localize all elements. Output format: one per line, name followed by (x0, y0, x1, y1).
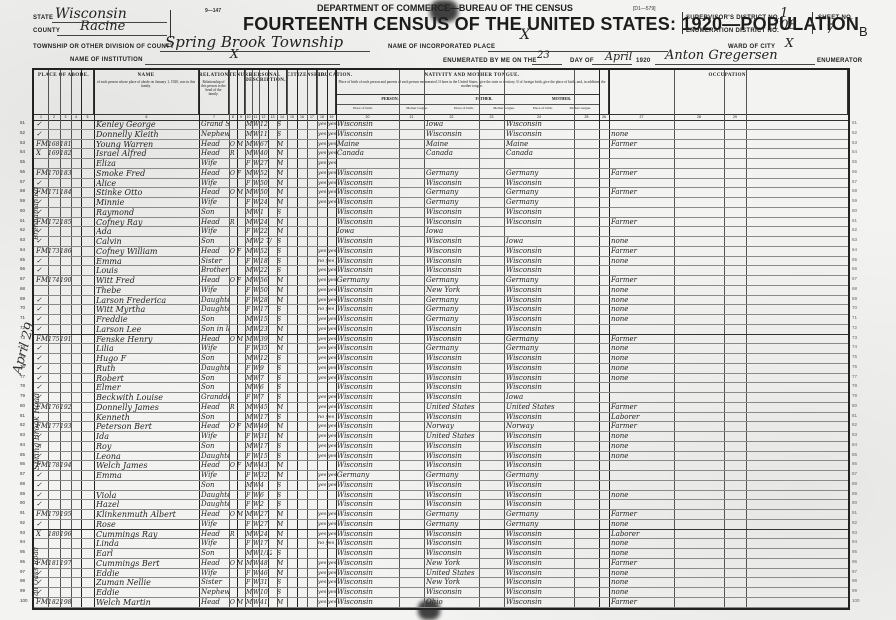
cell-sex: F (246, 296, 252, 306)
cell-mother-birth: Iowa (506, 393, 574, 403)
cell-marital: M (277, 461, 287, 471)
cell-street: ✓ (36, 471, 48, 481)
cell-dwelling (48, 315, 60, 325)
cell-name: Larson Lee (96, 325, 199, 335)
cell-father-birth: Ohio (426, 598, 479, 608)
cell-birth: Wisconsin (337, 335, 394, 345)
table-row: FM173186Cofney WilliamHeadO FMW52Syes ye… (34, 247, 848, 257)
line-number: 100 (20, 598, 28, 603)
cell-age: 1 (260, 208, 272, 218)
cell-edu: yes yes (318, 159, 336, 169)
cell-race: W (253, 296, 259, 306)
line-number-right: 93 (852, 530, 857, 535)
cell-father-birth: Wisconsin (426, 530, 479, 540)
cell-father-birth: Wisconsin (426, 354, 479, 364)
cell-mother-birth: Wisconsin (506, 305, 574, 315)
cell-mother-birth: Wisconsin (506, 257, 574, 267)
cell-age: 50 (260, 188, 272, 198)
cell-occupation (611, 393, 674, 403)
cell-edu: yes yes (318, 130, 336, 140)
cell-street: ✓ (36, 374, 48, 384)
table-row: ✓EddieNephewMW10Syes yes yesWisconsinWis… (34, 588, 848, 598)
cell-marital: S (277, 442, 287, 452)
line-number-right: 59 (852, 198, 857, 203)
cell-marital: M (277, 159, 287, 169)
incorporated-place-line (488, 51, 668, 52)
cell-occupation (611, 325, 674, 335)
cell-name: Ida (96, 432, 199, 442)
cell-mother-birth: Germany (506, 344, 574, 354)
cell-race: W (253, 530, 259, 540)
cell-name: Hazel (96, 500, 199, 510)
cell-mother-birth: Wisconsin (506, 383, 574, 393)
cell-age: 31 (260, 432, 272, 442)
cell-birth: Wisconsin (337, 481, 394, 491)
line-number-right: 84 (852, 442, 857, 447)
cell-marital: M (277, 149, 287, 159)
cell-mother-birth: Wisconsin (506, 432, 574, 442)
cell-tenure (230, 344, 245, 354)
cell-tenure (230, 383, 245, 393)
cell-street: FM (36, 335, 48, 345)
cell-name: Cummings Ray (96, 530, 199, 540)
cell-occupation: none (611, 569, 674, 579)
cell-name: Donnelly James (96, 403, 199, 413)
cell-father-birth: Wisconsin (426, 461, 479, 471)
enumerator-line (655, 64, 815, 65)
cell-marital: S (277, 588, 287, 598)
cell-relation: Daughter (201, 305, 229, 315)
cell-tenure (230, 237, 245, 247)
cell-dwelling: 179 (48, 510, 60, 520)
cell-age: 17 (260, 305, 272, 315)
cell-relation: Head (201, 140, 229, 150)
cell-marital: M (277, 325, 287, 335)
line-number: 92 (20, 520, 25, 525)
cell-family (60, 374, 71, 384)
cell-edu: yes yes (318, 140, 336, 150)
line-number-right: 64 (852, 247, 857, 252)
line-number: 70 (20, 305, 25, 310)
line-number-right: 89 (852, 491, 857, 496)
cell-dwelling: 172 (48, 218, 60, 228)
cell-edu: yes yes (318, 520, 336, 530)
cell-edu: yes yes yes (318, 315, 336, 325)
cell-occupation: Farmer (611, 276, 674, 286)
cell-father-birth: Wisconsin (426, 383, 479, 393)
cell-race: W (253, 140, 259, 150)
line-number: 55 (20, 159, 25, 164)
cell-tenure (230, 315, 245, 325)
cell-sex: F (246, 393, 252, 403)
cell-dwelling (48, 198, 60, 208)
cell-edu: yes yes (318, 169, 336, 179)
cell-relation: Wife (201, 539, 229, 549)
cell-mother-birth: Maine (506, 140, 574, 150)
cell-age: 45 (260, 403, 272, 413)
cell-mother-birth: Wisconsin (506, 247, 574, 257)
cell-relation: Granddaughter (201, 393, 229, 403)
cell-relation: Sister (201, 578, 229, 588)
cell-birth: Wisconsin (337, 539, 394, 549)
cell-race: W (253, 159, 259, 169)
cell-dwelling (48, 286, 60, 296)
column-group-header: PLACE OF ABODE. (34, 70, 94, 114)
cell-birth: Wisconsin (337, 218, 394, 228)
cell-birth: Wisconsin (337, 578, 394, 588)
cell-age: 11 (260, 130, 272, 140)
cell-dwelling (48, 354, 60, 364)
cell-mother-birth: Wisconsin (506, 130, 574, 140)
cell-mother-birth: Germany (506, 188, 574, 198)
cell-father-birth: Wisconsin (426, 179, 479, 189)
cell-marital: M (277, 510, 287, 520)
cell-father-birth: Wisconsin (426, 452, 479, 462)
cell-father-birth: Norway (426, 422, 479, 432)
cell-occupation: none (611, 305, 674, 315)
cell-father-birth (426, 159, 479, 169)
cell-father-birth: Wisconsin (426, 218, 479, 228)
table-row: ThebeWifeFW50Myes yesWisconsinNew YorkWi… (34, 286, 848, 296)
cell-tenure (230, 159, 245, 169)
birth-place-subheader: Place of birth. (336, 104, 390, 110)
cell-age: 17 (260, 442, 272, 452)
cell-edu: yes yes (318, 325, 336, 335)
cell-tenure: O M (230, 559, 245, 569)
cell-father-birth: Germany (426, 188, 479, 198)
cell-tenure: R (230, 218, 245, 228)
cell-sex: M (246, 442, 252, 452)
line-number-right: 75 (852, 354, 857, 359)
cell-birth: Wisconsin (337, 354, 394, 364)
cell-street: ✓ (36, 296, 48, 306)
cell-mother-birth: Iowa (506, 237, 574, 247)
cell-marital: S (277, 374, 287, 384)
table-row: ✓Hugo FSonMW12Syes yes yesWisconsinWisco… (34, 354, 848, 364)
cell-mother-birth: Wisconsin (506, 549, 574, 559)
cell-race: W (253, 598, 259, 608)
cell-relation: Son (201, 549, 229, 559)
cell-dwelling (48, 471, 60, 481)
cell-age: 17 (260, 539, 272, 549)
cell-race: W (253, 257, 259, 267)
cell-street: ✓ (36, 520, 48, 530)
line-number-right: 62 (852, 227, 857, 232)
table-row: ElizaWifeFW27Myes yes (34, 159, 848, 169)
line-number: 97 (20, 569, 25, 574)
cell-marital: M (277, 188, 287, 198)
cell-father-birth: Wisconsin (426, 539, 479, 549)
cell-occupation: none (611, 549, 674, 559)
cell-father-birth: United States (426, 569, 479, 579)
cell-dwelling: 169 (48, 149, 60, 159)
table-row: FM181197Cummings BertHeadO MMW48Myes yes… (34, 559, 848, 569)
cell-family (60, 481, 71, 491)
cell-relation: Son (201, 237, 229, 247)
cell-occupation (611, 461, 674, 471)
cell-mother-birth: Wisconsin (506, 286, 574, 296)
cell-mother-birth: Wisconsin (506, 120, 574, 130)
cell-birth: Wisconsin (337, 130, 394, 140)
cell-mother-birth: Norway (506, 422, 574, 432)
cell-relation: Head (201, 510, 229, 520)
cell-edu (318, 549, 336, 559)
cell-name: Eddie (96, 569, 199, 579)
cell-race: W (253, 403, 259, 413)
cell-tenure (230, 120, 245, 130)
cell-mother-birth: Wisconsin (506, 296, 574, 306)
cell-age: 27 (260, 510, 272, 520)
cell-family: 196 (60, 530, 71, 540)
enumeration-month: April (605, 50, 632, 63)
cell-age: 6 (260, 383, 272, 393)
cell-sex: F (246, 500, 252, 510)
cell-tenure (230, 305, 245, 315)
cell-edu (318, 208, 336, 218)
cell-age: 12 (260, 120, 272, 130)
cell-mother-birth: Wisconsin (506, 315, 574, 325)
census-table: PLACE OF ABODE.NAMEof each person whose … (32, 68, 850, 610)
line-number: 86 (20, 461, 25, 466)
cell-edu: yes yes (318, 120, 336, 130)
cell-name: Witt Myrtha (96, 305, 199, 315)
table-row: ✓LiliaWifeFW35Myes yesWisconsinGermanyGe… (34, 344, 848, 354)
cell-age: 7 (260, 374, 272, 384)
cell-street: ✓ (36, 481, 48, 491)
table-row: ✓ElmerSonMW6SWisconsinWisconsinWisconsin (34, 383, 848, 393)
column-group-header: NAMEof each person whose place of abode … (94, 70, 199, 114)
cell-age: 17 (260, 413, 272, 423)
cell-relation: Son in law (201, 325, 229, 335)
cell-mother-birth: Wisconsin (506, 442, 574, 452)
cell-family (60, 364, 71, 374)
line-number: 89 (20, 491, 25, 496)
cell-birth: Wisconsin (337, 296, 394, 306)
cell-sex: M (246, 247, 252, 257)
cell-occupation (611, 198, 674, 208)
cell-birth: Wisconsin (337, 179, 394, 189)
cell-relation: Wife (201, 159, 229, 169)
cell-occupation: none (611, 442, 674, 452)
table-row: ✓Donnelly KleithNephewMW11Syes yesWiscon… (34, 130, 848, 140)
cell-dwelling (48, 257, 60, 267)
cell-edu: yes yes (318, 364, 336, 374)
cell-dwelling (48, 481, 60, 491)
cell-sex: M (246, 588, 252, 598)
cell-sex: F (246, 471, 252, 481)
cell-tenure: O F (230, 422, 245, 432)
cell-edu: yes yes (318, 198, 336, 208)
line-number-right: 95 (852, 549, 857, 554)
table-row: ✓CalvinSonMW2 7/12SWisconsinWisconsinIow… (34, 237, 848, 247)
cell-name: Emma (96, 257, 199, 267)
cell-relation: Daughter (201, 296, 229, 306)
cell-dwelling (48, 442, 60, 452)
table-row: X169182Israel AlfredHeadRMW40Myes yesCan… (34, 149, 848, 159)
cell-occupation: none (611, 578, 674, 588)
cell-occupation (611, 159, 674, 169)
cell-father-birth: Germany (426, 315, 479, 325)
cell-family (60, 432, 71, 442)
cell-dwelling (48, 549, 60, 559)
line-number-right: 92 (852, 520, 857, 525)
cell-father-birth: Wisconsin (426, 549, 479, 559)
cell-race: W (253, 179, 259, 189)
cell-relation: Wife (201, 432, 229, 442)
cell-occupation: Farmer (611, 510, 674, 520)
line-number-right: 81 (852, 413, 857, 418)
cell-relation: Head (201, 188, 229, 198)
cell-tenure (230, 374, 245, 384)
cell-father-birth: New York (426, 286, 479, 296)
table-row: ✓MinnieWifeFW24Myes yesWisconsinGermanyG… (34, 198, 848, 208)
cell-race: W (253, 208, 259, 218)
line-number: 52 (20, 130, 25, 135)
cell-mother-birth: Germany (506, 169, 574, 179)
cell-relation: Head (201, 530, 229, 540)
line-number-right: 73 (852, 335, 857, 340)
cell-age: 23 (260, 325, 272, 335)
cell-race: W (253, 335, 259, 345)
cell-birth: Wisconsin (337, 452, 394, 462)
nativity-subheader: PERSON. (336, 94, 444, 101)
cell-father-birth: Germany (426, 510, 479, 520)
line-number-right: 69 (852, 296, 857, 301)
cell-relation: Sister (201, 257, 229, 267)
cell-father-birth: Germany (426, 305, 479, 315)
table-row: ✓Witt MyrthaDaughterFW17Sno yes yesWisco… (34, 305, 848, 315)
cell-family (60, 130, 71, 140)
cell-father-birth: New York (426, 559, 479, 569)
table-row: FM175191Fenske HenryHeadO MMW39Myes yesW… (34, 335, 848, 345)
cell-dwelling (48, 237, 60, 247)
cell-age: 49 (260, 422, 272, 432)
cell-race: W (253, 461, 259, 471)
cell-marital: S (277, 247, 287, 257)
cell-tenure (230, 286, 245, 296)
cell-birth: Maine (337, 140, 394, 150)
cell-marital: S (277, 305, 287, 315)
table-row: ✓SonMW4Syes yesWisconsinWisconsinWiscons… (34, 481, 848, 491)
table-row: FM176192Donnelly JamesHeadRMW45Myes yesW… (34, 403, 848, 413)
cell-dwelling (48, 120, 60, 130)
table-row: LindaWifeFW17Mno yes yesWisconsinWiscons… (34, 539, 848, 549)
table-row: ✓RaymondSonMW1SWisconsinWisconsinWiscons… (34, 208, 848, 218)
cell-race: W (253, 364, 259, 374)
cell-name: Donnelly Kleith (96, 130, 199, 140)
cell-sex: M (246, 481, 252, 491)
cell-birth: Wisconsin (337, 169, 394, 179)
cell-relation: Head (201, 422, 229, 432)
line-number-right: 55 (852, 159, 857, 164)
cell-race: W (253, 276, 259, 286)
cell-occupation: none (611, 432, 674, 442)
cell-dwelling (48, 578, 60, 588)
cell-family: 191 (60, 335, 71, 345)
cell-race: W (253, 413, 259, 423)
cell-mother-birth: Wisconsin (506, 266, 574, 276)
cell-birth: Wisconsin (337, 208, 394, 218)
cell-sex: M (246, 188, 252, 198)
mother-tongue-subheader: Mother tongue. (562, 104, 600, 110)
cell-dwelling: 170 (48, 169, 60, 179)
line-number: 81 (20, 413, 25, 418)
cell-birth: Wisconsin (337, 559, 394, 569)
cell-marital: M (277, 218, 287, 228)
cell-mother-birth: Canada (506, 149, 574, 159)
cell-edu: yes yes (318, 188, 336, 198)
cell-age: 6 (260, 491, 272, 501)
line-number: 83 (20, 432, 25, 437)
cell-race: W (253, 510, 259, 520)
cell-tenure: O F (230, 461, 245, 471)
cell-relation: Grand Son (201, 120, 229, 130)
cell-family (60, 383, 71, 393)
cell-name: Leona (96, 452, 199, 462)
table-row: ✓Zuman NellieSisterFW31Syes yesWisconsin… (34, 578, 848, 588)
cell-mother-birth: Wisconsin (506, 500, 574, 510)
cell-occupation (611, 383, 674, 393)
line-number-right: 63 (852, 237, 857, 242)
cell-sex: M (246, 403, 252, 413)
table-row: ✓HazelDaughterFW2SWisconsinWisconsinWisc… (34, 500, 848, 510)
cell-age: 41 (260, 598, 272, 608)
cell-edu: yes yes yes (318, 588, 336, 598)
cell-mother-birth: Wisconsin (506, 559, 574, 569)
cell-relation: Head (201, 169, 229, 179)
cell-occupation: Farmer (611, 403, 674, 413)
cell-name: Roy (96, 442, 199, 452)
cell-relation: Daughter (201, 491, 229, 501)
line-number-right: 66 (852, 266, 857, 271)
cell-relation: Son (201, 208, 229, 218)
cell-race: W (253, 422, 259, 432)
cell-street: ✓ (36, 491, 48, 501)
cell-family (60, 413, 71, 423)
cell-name: Welch Martin (96, 598, 199, 608)
cell-race: W (253, 130, 259, 140)
line-number: 85 (20, 452, 25, 457)
cell-edu: yes yes (318, 179, 336, 189)
cell-race: W (253, 188, 259, 198)
cell-street (36, 286, 48, 296)
supervisor-district-label: SUPERVISOR'S DISTRICT NO. (686, 15, 780, 21)
cell-mother-birth: Germany (506, 276, 574, 286)
cell-sex: M (246, 374, 252, 384)
cell-dwelling (48, 500, 60, 510)
cell-tenure (230, 569, 245, 579)
cell-dwelling (48, 266, 60, 276)
sheet-side: B (859, 24, 868, 39)
cell-street: ✓ (36, 354, 48, 364)
cell-edu: yes yes (318, 578, 336, 588)
cell-name: Calvin (96, 237, 199, 247)
table-row: ✓IdaWifeFW31Myes yesWisconsinUnited Stat… (34, 432, 848, 442)
cell-family: 183 (60, 169, 71, 179)
line-number-right: 68 (852, 286, 857, 291)
cell-relation: Daughter (201, 452, 229, 462)
cell-occupation: none (611, 520, 674, 530)
margin-road-note-1: Brennaman Rd (32, 187, 40, 240)
line-number-right: 85 (852, 452, 857, 457)
cell-family: 197 (60, 559, 71, 569)
cell-occupation: none (611, 374, 674, 384)
cell-relation: Son (201, 413, 229, 423)
table-row: ✓Kenley GeorgeGrand SonMW12Syes yesWisco… (34, 120, 848, 130)
cell-age: 22 (260, 227, 272, 237)
cell-marital: M (277, 344, 287, 354)
column-group-header: CITIZENSHIP. (287, 70, 317, 114)
